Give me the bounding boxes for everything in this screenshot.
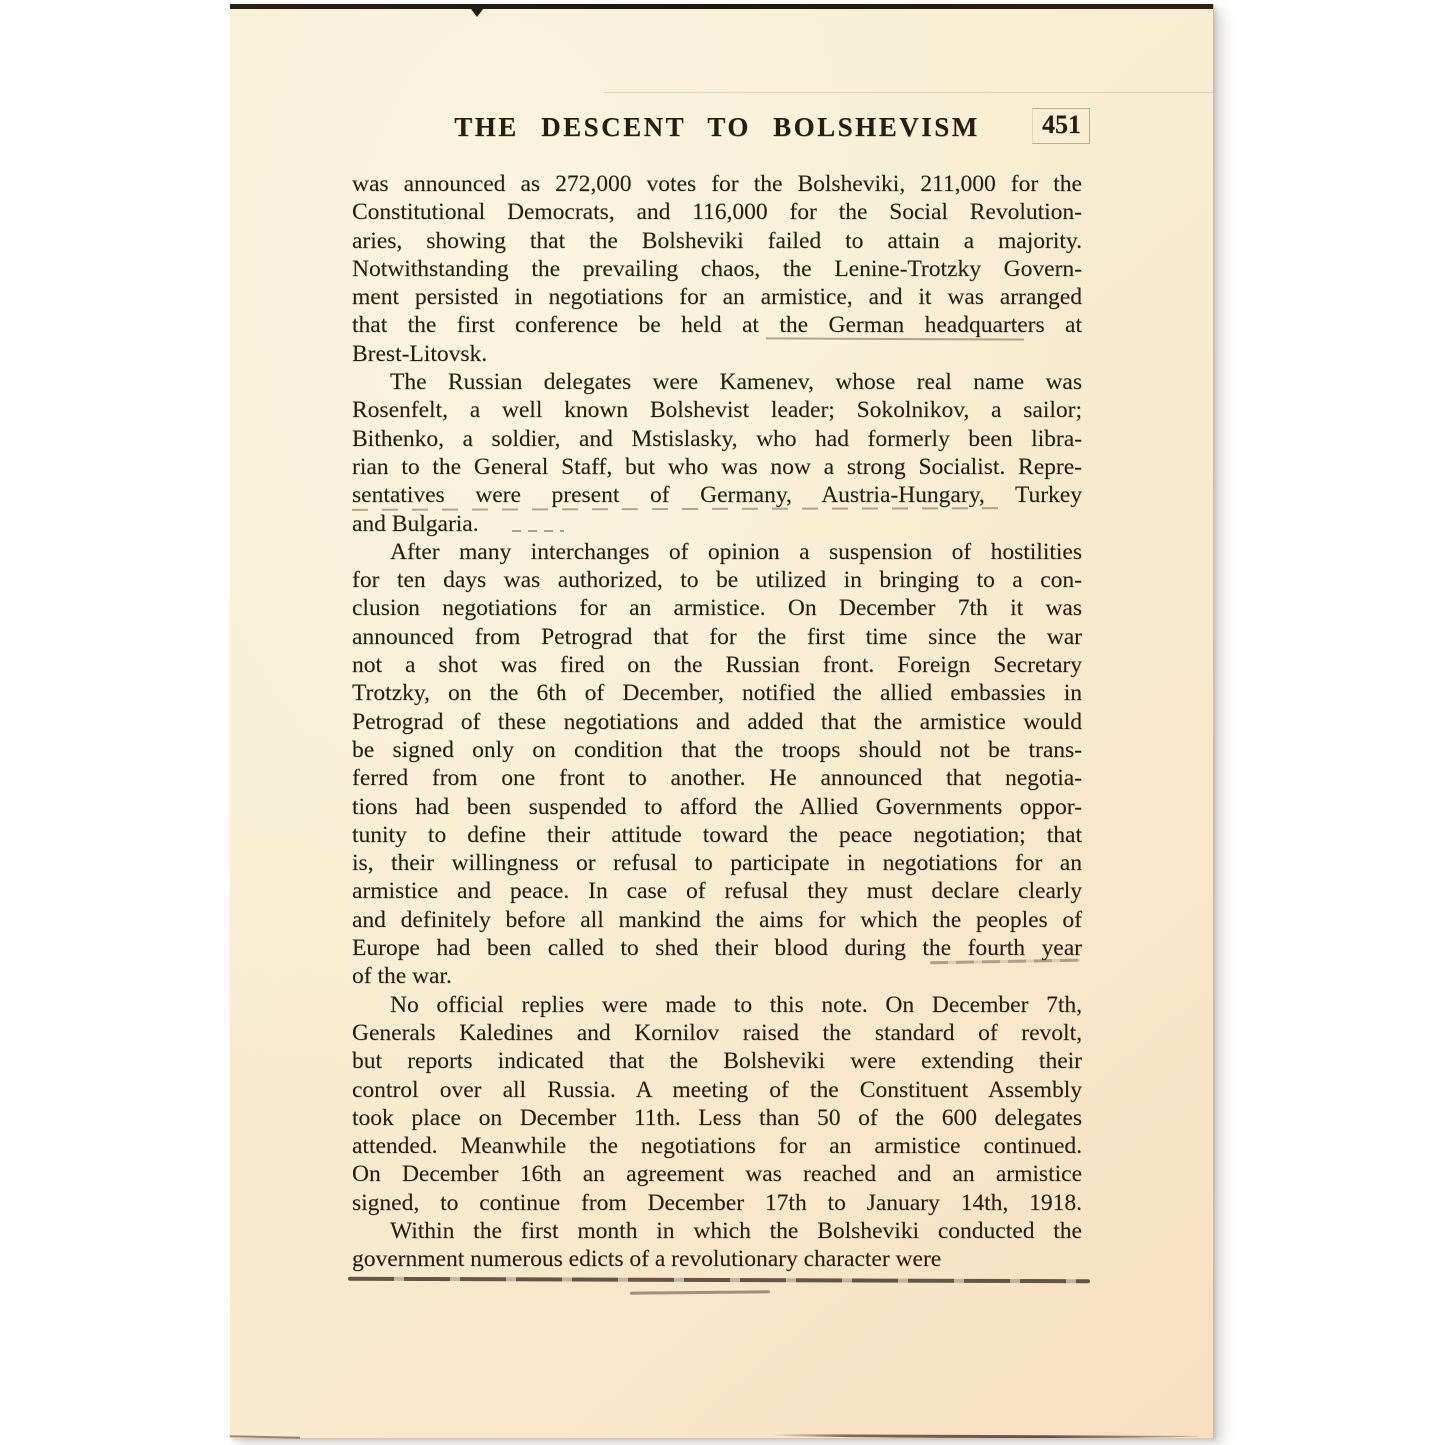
text-line: Notwithstanding the prevailing chaos, th… <box>352 255 1082 283</box>
text-line: ment persisted in negotiations for an ar… <box>352 283 1082 311</box>
page-body: was announced as 272,000 votes for the B… <box>352 170 1082 1274</box>
page-number: 451 <box>1032 108 1090 144</box>
text-line: Within the first month in which the Bols… <box>352 1217 1082 1245</box>
text-line: that the first conference be held at the… <box>352 311 1082 339</box>
text-line: Europe had been called to shed their blo… <box>352 934 1082 962</box>
page-header: THE DESCENT TO BOLSHEVISM 451 <box>352 112 1082 152</box>
text-line: After many interchanges of opinion a sus… <box>352 538 1082 566</box>
text-line: government numerous edicts of a revoluti… <box>352 1245 1082 1273</box>
text-line: Brest-Litovsk. <box>352 340 1082 368</box>
text-line: The Russian delegates were Kamenev, whos… <box>352 368 1082 396</box>
scanned-document: THE DESCENT TO BOLSHEVISM 451 was announ… <box>0 0 1445 1445</box>
page-title: THE DESCENT TO BOLSHEVISM <box>352 112 1082 143</box>
text-line: rian to the General Staff, but who was n… <box>352 453 1082 481</box>
page-top-edge-notch <box>471 9 483 17</box>
text-line: sentatives were present of Germany, Aust… <box>352 481 1082 509</box>
text-line: and definitely before all mankind the ai… <box>352 906 1082 934</box>
paper-crease <box>604 92 1213 93</box>
text-line: not a shot was fired on the Russian fron… <box>352 651 1082 679</box>
text-line: Generals Kaledines and Kornilov raised t… <box>352 1019 1082 1047</box>
text-line: clusion negotiations for an armistice. O… <box>352 594 1082 622</box>
paragraph: No official replies were made to this no… <box>352 991 1082 1274</box>
torn-bottom-edge-left <box>230 1435 300 1438</box>
text-line: announced from Petrograd that for the fi… <box>352 623 1082 651</box>
text-line: but reports indicated that the Bolshevik… <box>352 1047 1082 1075</box>
pencil-underline-mark <box>630 1290 770 1294</box>
text-line: be signed only on condition that the tro… <box>352 736 1082 764</box>
text-line: signed, to continue from December 17th t… <box>352 1189 1082 1217</box>
text-line: took place on December 11th. Less than 5… <box>352 1104 1082 1132</box>
paragraph: The Russian delegates were Kamenev, whos… <box>352 368 1082 538</box>
text-line: of the war. <box>352 962 1082 990</box>
text-line: is, their willingness or refusal to part… <box>352 849 1082 877</box>
page-top-edge-shadow <box>230 4 1213 9</box>
text-line: On December 16th an agreement was reache… <box>352 1160 1082 1188</box>
text-line: was announced as 272,000 votes for the B… <box>352 170 1082 198</box>
text-line: and Bulgaria. <box>352 510 1082 538</box>
text-line: Trotzky, on the 6th of December, notifie… <box>352 679 1082 707</box>
text-line: Rosenfelt, a well known Bolshevist leade… <box>352 396 1082 424</box>
paragraph: was announced as 272,000 votes for the B… <box>352 170 1082 368</box>
pencil-underline-mark <box>348 1277 1090 1284</box>
paragraph: After many interchanges of opinion a sus… <box>352 538 1082 991</box>
text-line: Petrograd of these negotiations and adde… <box>352 708 1082 736</box>
text-line: Constitutional Democrats, and 116,000 fo… <box>352 198 1082 226</box>
text-line: armistice and peace. In case of refusal … <box>352 877 1082 905</box>
book-page: THE DESCENT TO BOLSHEVISM 451 was announ… <box>230 4 1214 1438</box>
text-line: Bithenko, a soldier, and Mstislasky, who… <box>352 425 1082 453</box>
text-line: No official replies were made to this no… <box>352 991 1082 1019</box>
text-line: tunity to define their attitude toward t… <box>352 821 1082 849</box>
text-line: ferred from one front to another. He ann… <box>352 764 1082 792</box>
torn-bottom-edge <box>771 1434 1199 1439</box>
text-line: tions had been suspended to afford the A… <box>352 793 1082 821</box>
text-line: control over all Russia. A meeting of th… <box>352 1076 1082 1104</box>
text-line: attended. Meanwhile the negotiations for… <box>352 1132 1082 1160</box>
text-line: aries, showing that the Bolsheviki faile… <box>352 227 1082 255</box>
text-line: for ten days was authorized, to be utili… <box>352 566 1082 594</box>
